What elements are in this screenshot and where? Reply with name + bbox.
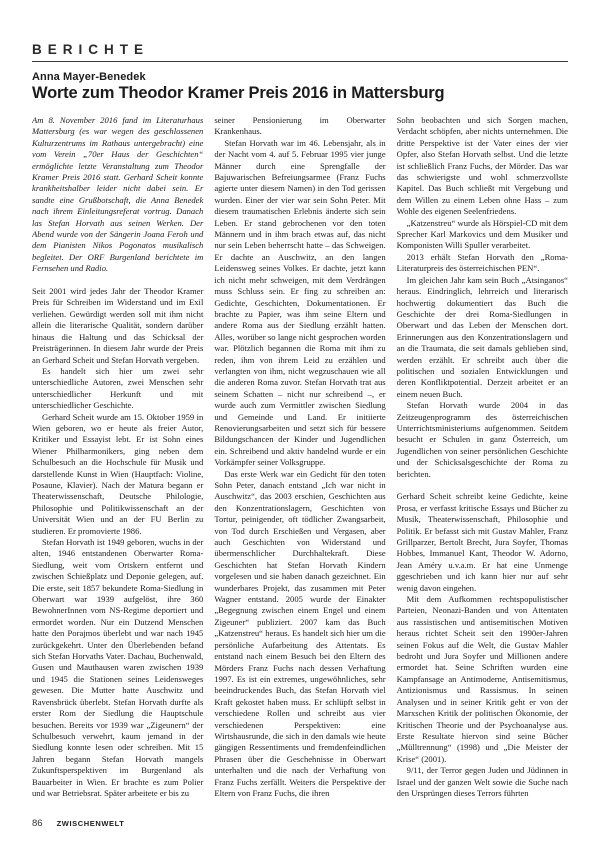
article-title: Worte zum Theodor Kramer Preis 2016 in M…: [32, 84, 568, 103]
paragraph-continuation: seiner Pensionierung im Oberwarter Krank…: [214, 115, 385, 138]
page-number: 86: [32, 818, 43, 829]
page-footer: 86 ZWISCHENWELT: [32, 818, 124, 829]
intro-paragraph: Am 8. November 2016 fand im Literaturhau…: [32, 115, 203, 275]
paragraph: Gerhard Scheit wurde am 15. Oktober 1959…: [32, 412, 203, 537]
paragraph-continuation: Sohn beobachten und sich Sorgen machen, …: [397, 115, 568, 218]
article-body: Am 8. November 2016 fand im Literaturhau…: [32, 115, 568, 803]
section-label: BERICHTE: [32, 42, 568, 57]
paragraph: Stefan Horvath wurde 2004 in das Zeitzeu…: [397, 400, 568, 480]
text-column-3: Sohn beobachten und sich Sorgen machen, …: [397, 115, 568, 803]
paragraph: Gerhard Scheit schreibt keine Gedichte, …: [397, 491, 568, 594]
paragraph: Es handelt sich hier um zwei sehr unters…: [32, 366, 203, 412]
author-name: Anna Mayer-Benedek: [32, 71, 568, 83]
text-column-2: seiner Pensionierung im Oberwarter Krank…: [214, 115, 385, 803]
paragraph: Im gleichen Jahr kam sein Buch „Atsingan…: [397, 275, 568, 400]
paragraph: 2013 erhält Stefan Horvath den „Roma-Lit…: [397, 252, 568, 275]
paragraph: Stefan Horvath ist 1949 geboren, wuchs i…: [32, 537, 203, 799]
paragraph: 9/11, der Terror gegen Juden und Jüdinne…: [397, 765, 568, 799]
paragraph: Das erste Werk war ein Gedicht für den t…: [214, 469, 385, 800]
paragraph: Stefan Horvath war im 46. Lebensjahr, al…: [214, 138, 385, 469]
magazine-page: BERICHTE Anna Mayer-Benedek Worte zum Th…: [0, 0, 600, 849]
journal-name: ZWISCHENWELT: [57, 819, 125, 828]
text-column-1: Am 8. November 2016 fand im Literaturhau…: [32, 115, 203, 803]
header-divider: [32, 61, 568, 62]
paragraph: Mit dem Aufkommen rechtspopulistischer P…: [397, 594, 568, 765]
paragraph: Seit 2001 wird jedes Jahr der Theodor Kr…: [32, 286, 203, 366]
paragraph: „Katzenstreu“ wurde als Hörspiel-CD mit …: [397, 218, 568, 252]
